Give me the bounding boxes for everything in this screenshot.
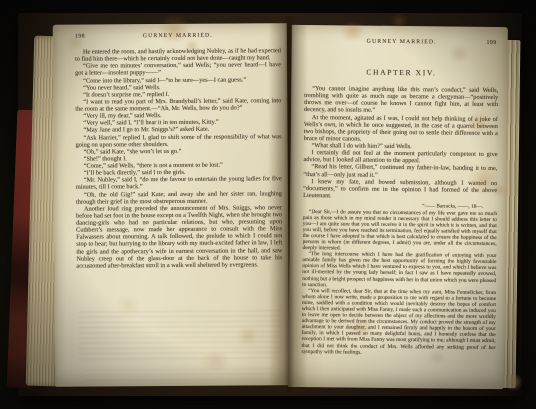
paragraph: I knew my fate, and bowed submission, al…: [303, 178, 497, 201]
paragraph: “Give me ten minutes’ conversation,” sai…: [75, 61, 281, 77]
worn-cover-corner: [503, 374, 523, 390]
left-page-content: 198 GURNEY MARRIED. He entered the room,…: [75, 32, 283, 269]
left-page-number: 198: [75, 34, 85, 40]
right-page-content: GURNEY MARRIED. 199 CHAPTER XIV. “You ca…: [301, 38, 498, 357]
paragraph: “You cannot imagine anything like this m…: [304, 85, 498, 116]
letter-paragraph: “You will recollect, dear Sir, that at t…: [301, 288, 496, 357]
right-running-head: GURNEY MARRIED. 199: [305, 38, 499, 48]
right-page-body-text: “You cannot imagine anything like this m…: [303, 85, 498, 201]
paragraph: Another loud ring preceded the announcem…: [76, 204, 282, 270]
right-page: GURNEY MARRIED. 199 CHAPTER XIV. “You ca…: [288, 25, 508, 389]
left-running-head: 198 GURNEY MARRIED.: [75, 32, 281, 41]
paragraph: “I want to read you part of Mrs. Brandyb…: [75, 97, 281, 113]
paragraph: “Read his letter, Gilbert,” continued my…: [303, 163, 497, 179]
paragraph: “Ask Harriet,” replied I, glad to shift …: [76, 133, 282, 149]
left-running-header-title: GURNEY MARRIED.: [143, 33, 213, 39]
letter-body-text: “Dear Sir,—I do assure you that no circu…: [301, 209, 497, 357]
right-running-header-title: GURNEY MARRIED.: [367, 39, 437, 46]
paragraph: At the moment, agitated as I was, I coul…: [304, 114, 498, 145]
left-page-body-text: He entered the room, and hastily acknowl…: [75, 47, 283, 269]
right-page-number: 199: [486, 40, 496, 46]
chapter-heading: CHAPTER XIV.: [304, 67, 498, 78]
page-showthrough: [83, 368, 273, 383]
letter-paragraph: “The long intercourse which I have had t…: [302, 251, 496, 290]
page-showthrough: [79, 310, 281, 363]
paragraph: “Mr. Nubley,” said I, “do me the favour …: [76, 175, 282, 191]
left-page: 198 GURNEY MARRIED. He entered the room,…: [53, 23, 290, 387]
letter-paragraph: “Dear Sir,—I do assure you that no circu…: [303, 209, 497, 254]
open-book-photo: 198 GURNEY MARRIED. He entered the room,…: [0, 0, 536, 409]
paragraph: “Oh, the old Gig!” said Kate; and away s…: [76, 190, 282, 206]
